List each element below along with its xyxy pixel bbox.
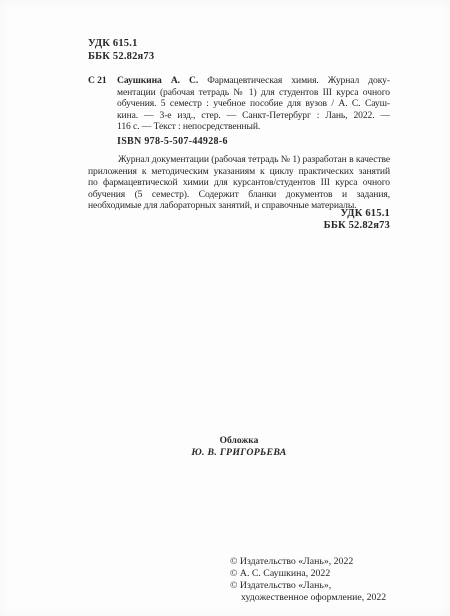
bibliographic-entry: С 21 Саушкина А. С. Фармацевтическая хим…: [88, 75, 390, 133]
cover-credit: Обложка Ю. В. ГРИГОРЬЕВА: [88, 436, 390, 458]
cover-credit-label: Обложка: [88, 436, 390, 447]
isbn-number: ISBN 978-5-507-44928-6: [117, 136, 228, 147]
udk-code: УДК 615.1: [88, 38, 154, 51]
bib-author: Саушкина А. С.: [117, 75, 198, 86]
annotation-line: по фармацевтической химии для курсантов/…: [88, 177, 390, 189]
bbk-code: ББК 52.82я73: [88, 51, 154, 64]
udk-code-right: УДК 615.1: [88, 208, 390, 220]
annotation-line: Журнал документации (рабочая тетрадь № 1…: [88, 154, 390, 166]
copyright-line: © Издательство «Лань»,: [230, 580, 386, 592]
bib-title-fragment: Фармацевтическая химия. Журнал доку-: [207, 75, 390, 86]
right-classification-codes: УДК 615.1 ББК 52.82я73: [88, 208, 390, 231]
cover-designer-name: Ю. В. ГРИГОРЬЕВА: [88, 447, 390, 458]
bib-line: обучения. 5 семестр : учебное пособие дл…: [117, 98, 390, 110]
bib-line: кина. — 3-е изд., стер. — Санкт-Петербур…: [117, 110, 390, 122]
annotation-paragraph: Журнал документации (рабочая тетрадь № 1…: [88, 154, 390, 212]
bbk-code-right: ББК 52.82я73: [88, 220, 390, 232]
bibliographic-description: Саушкина А. С. Фармацевтическая химия. Ж…: [117, 75, 390, 133]
bib-line: 116 с. — Текст : непосредственный.: [117, 121, 390, 133]
bib-line: Саушкина А. С. Фармацевтическая химия. Ж…: [117, 75, 390, 87]
book-imprint-page: УДК 615.1 ББК 52.82я73 С 21 Саушкина А. …: [0, 0, 450, 616]
copyright-block: © Издательство «Лань», 2022 © А. С. Сауш…: [230, 556, 386, 604]
bib-line: ментации (рабочая тетрадь № 1) для студе…: [117, 87, 390, 99]
copyright-line: © А. С. Саушкина, 2022: [230, 568, 386, 580]
annotation-line: обучения (5 семестр). Содержит бланки до…: [88, 189, 390, 201]
annotation-line: приложения к методическим указаниям к ци…: [88, 166, 390, 178]
copyright-line: © Издательство «Лань», 2022: [230, 556, 386, 568]
author-sign-code: С 21: [88, 75, 107, 87]
copyright-line: художественное оформление, 2022: [241, 592, 386, 604]
top-classification-codes: УДК 615.1 ББК 52.82я73: [88, 38, 154, 63]
